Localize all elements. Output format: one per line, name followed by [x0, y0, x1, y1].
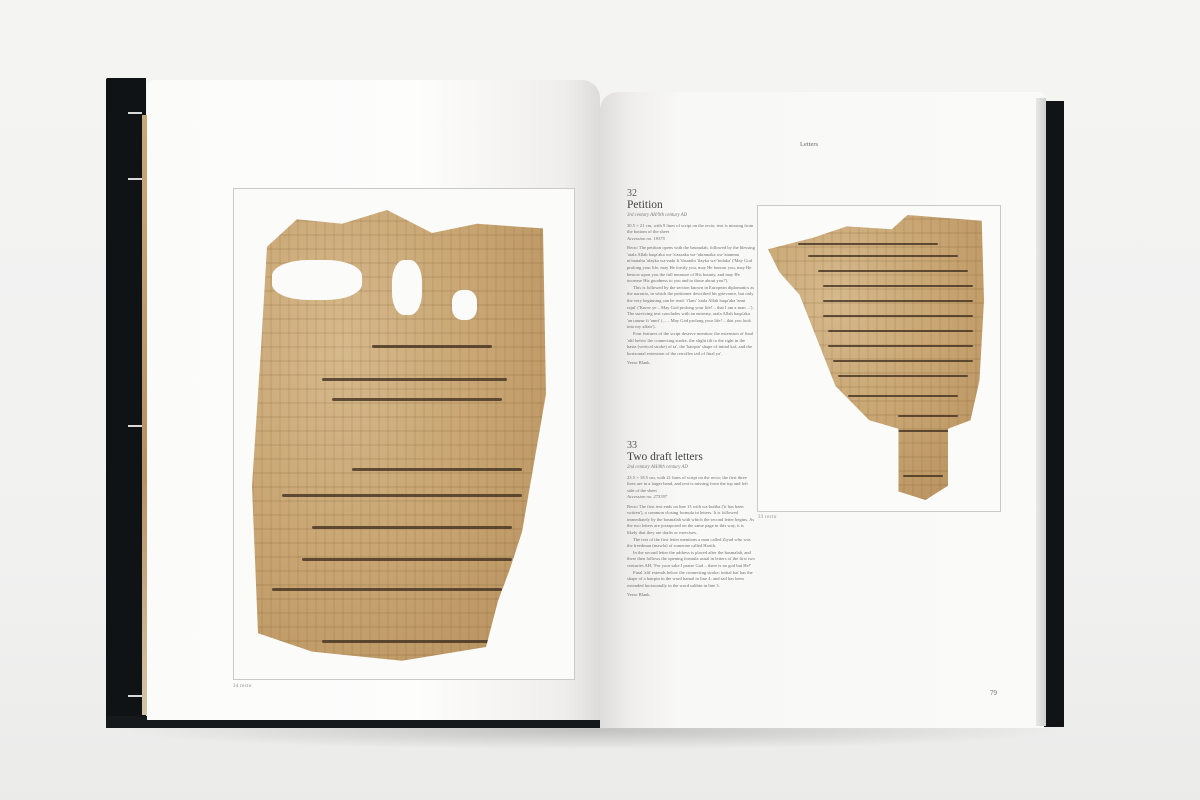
right-page-edge [1036, 98, 1046, 726]
entry-date: 3rd century AH/9th century AD [627, 212, 755, 220]
running-head: Letters [800, 141, 818, 148]
entry-paragraph: Final 'alif extends below the connecting… [627, 570, 755, 590]
spine-mark [128, 425, 142, 427]
spine-mark [128, 112, 142, 114]
entry-dimensions: 23.5 × 18.5 cm, with 21 lines of script … [627, 475, 755, 501]
entry-number: 33 [627, 440, 755, 451]
entry-paragraph: In the second letter the address is plac… [627, 550, 755, 570]
entry-paragraph: Recto The first text ends on line 13 wit… [627, 504, 755, 537]
accession-number: Accession no. 275397 [627, 494, 667, 499]
entry-paragraph: The text of the first letter mentions a … [627, 537, 755, 550]
plate-caption-34: 34 recto [233, 684, 252, 689]
entry-dimensions: 30.5 × 21 cm, with 9 lines of script on … [627, 223, 755, 242]
page-number: 79 [990, 689, 997, 697]
entry-number: 32 [627, 188, 755, 199]
entry-title: Two draft letters [627, 451, 755, 464]
entry-paragraph: This is followed by the section known in… [627, 285, 755, 331]
book-cover-left [106, 78, 146, 726]
entry-paragraph: Recto The petition opens with the basmal… [627, 245, 755, 285]
catalogue-entry-33: 33 Two draft letters 2nd century AH/8th … [627, 440, 755, 597]
entry-paragraph: Four features of the script deserve ment… [627, 331, 755, 357]
book-cover-right [1044, 101, 1064, 727]
entry-title: Petition [627, 199, 755, 212]
catalogue-entry-32: 32 Petition 3rd century AH/9th century A… [627, 188, 755, 365]
entry-verso: Verso Blank. [627, 592, 755, 597]
accession-number: Accession no. 19375 [627, 236, 665, 241]
entry-body: Recto The petition opens with the basmal… [627, 245, 755, 357]
spine-mark [128, 695, 142, 697]
plate-caption-33: 33 recto [758, 515, 777, 520]
entry-date: 2nd century AH/8th century AD [627, 464, 755, 472]
entry-verso: Verso Blank. [627, 360, 755, 365]
spine-mark [128, 178, 142, 180]
entry-body: Recto The first text ends on line 13 wit… [627, 504, 755, 590]
